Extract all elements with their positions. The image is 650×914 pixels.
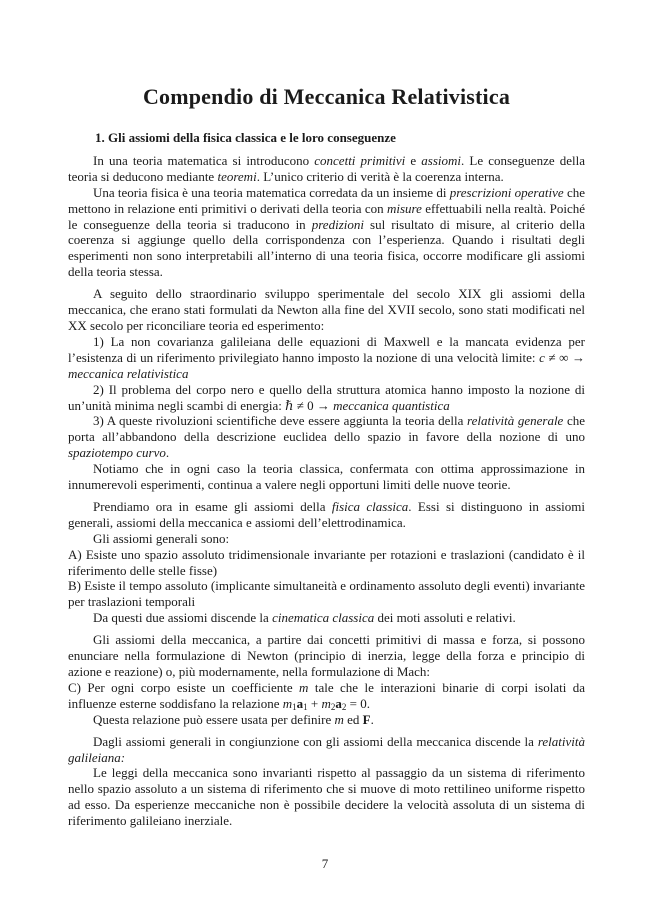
paragraph: Notiamo che in ogni caso la teoria class… xyxy=(68,461,585,493)
paragraph: Questa relazione può essere usata per de… xyxy=(68,712,585,728)
document-title: Compendio di Meccanica Relativistica xyxy=(68,84,585,110)
paragraph: Gli assiomi della meccanica, a partire d… xyxy=(68,632,585,680)
paragraph: A seguito dello straordinario sviluppo s… xyxy=(68,286,585,334)
paragraph: Gli assiomi generali sono: xyxy=(68,531,585,547)
paragraph: 3) A queste rivoluzioni scientifiche dev… xyxy=(68,413,585,461)
paragraph: Le leggi della meccanica sono invarianti… xyxy=(68,765,585,829)
paragraph: Prendiamo ora in esame gli assiomi della… xyxy=(68,499,585,531)
paragraph: Da questi due assiomi discende la cinema… xyxy=(68,610,585,626)
paragraph: Una teoria fisica è una teoria matematic… xyxy=(68,185,585,280)
section-heading: 1. Gli assiomi della fisica classica e l… xyxy=(95,130,585,146)
paragraph: 2) Il problema del corpo nero e quello d… xyxy=(68,382,585,414)
paragraph: 1) La non covarianza galileiana delle eq… xyxy=(68,334,585,382)
paragraph: In una teoria matematica si introducono … xyxy=(68,153,585,185)
paragraph: Dagli assiomi generali in congiunzione c… xyxy=(68,734,585,766)
page-number: 7 xyxy=(0,856,650,872)
paragraph: A) Esiste uno spazio assoluto tridimensi… xyxy=(68,547,585,579)
paragraph: B) Esiste il tempo assoluto (implicante … xyxy=(68,578,585,610)
document-content: Compendio di Meccanica Relativistica 1. … xyxy=(68,84,585,829)
paragraph: C) Per ogni corpo esiste un coefficiente… xyxy=(68,680,585,712)
paragraphs-container: In una teoria matematica si introducono … xyxy=(68,153,585,829)
document-page: Compendio di Meccanica Relativistica 1. … xyxy=(0,0,650,914)
